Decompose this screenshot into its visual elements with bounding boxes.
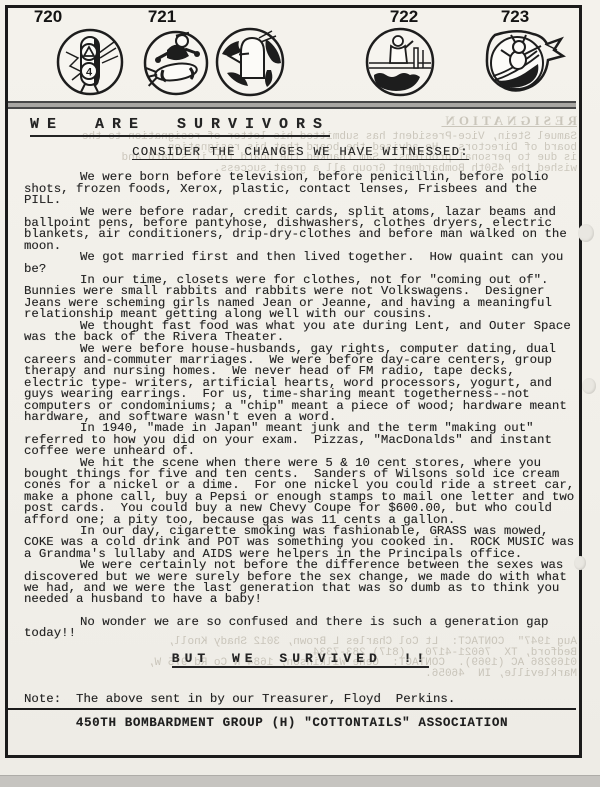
- paragraph: We were before house-husbands, gay right…: [24, 344, 577, 424]
- footer-divider-rule: [8, 708, 576, 710]
- badge-number-722: 722: [374, 7, 434, 27]
- squadron-721-emblem-icon: [140, 26, 212, 98]
- paragraph: We hit the scene when there were 5 & 10 …: [24, 458, 577, 526]
- paragraph-list: We were born before television, before p…: [24, 172, 577, 639]
- paragraph: We got married first and then lived toge…: [24, 252, 577, 275]
- closing-heading: BUT WE SURVIVED !!: [172, 653, 429, 668]
- scanned-newsletter-page: 720 721 722 723 4: [0, 0, 600, 787]
- badge-number-721: 721: [132, 7, 192, 27]
- paper-curl-artifact: [578, 224, 594, 242]
- squadron-723-emblem-icon: [481, 26, 567, 98]
- squadron-720-emblem-icon: 4: [54, 26, 126, 98]
- paragraph: We were certainly not before the differe…: [24, 560, 577, 606]
- paragraph: In 1940, "made in Japan" meant junk and …: [24, 423, 577, 457]
- paragraph: We were born before television, before p…: [24, 172, 577, 206]
- badge-number-723: 723: [485, 7, 545, 27]
- badge-number-720: 720: [18, 7, 78, 27]
- paragraph: We thought fast food was what you ate du…: [24, 321, 577, 344]
- paragraph: No wonder we are so confused and there i…: [24, 617, 577, 640]
- article-body: WE ARE SURVIVORS CONSIDER THE CHANGES WE…: [24, 116, 577, 718]
- paragraph: In our day, cigarette smoking was fashio…: [24, 526, 577, 560]
- article-subtitle: CONSIDER THE CHANGES WE HAVE WITNESSED:: [132, 147, 469, 160]
- page-title: WE ARE SURVIVORS: [30, 116, 330, 137]
- squadron-722-emblem-icon: [364, 26, 436, 98]
- association-footer-banner: 450TH BOMBARDMENT GROUP (H) "COTTONTAILS…: [8, 716, 576, 730]
- paragraph: We were before radar, credit cards, spli…: [24, 207, 577, 253]
- header-divider-rule: [8, 101, 576, 109]
- paper-curl-artifact: [582, 378, 596, 394]
- scan-bottom-edge: [0, 775, 600, 787]
- svg-text:4: 4: [86, 67, 93, 79]
- group-globe-knight-emblem-icon: [214, 26, 286, 98]
- treasurer-note: Note: The above sent in by our Treasurer…: [24, 694, 577, 705]
- paragraph: In our time, closets were for clothes, n…: [24, 275, 577, 321]
